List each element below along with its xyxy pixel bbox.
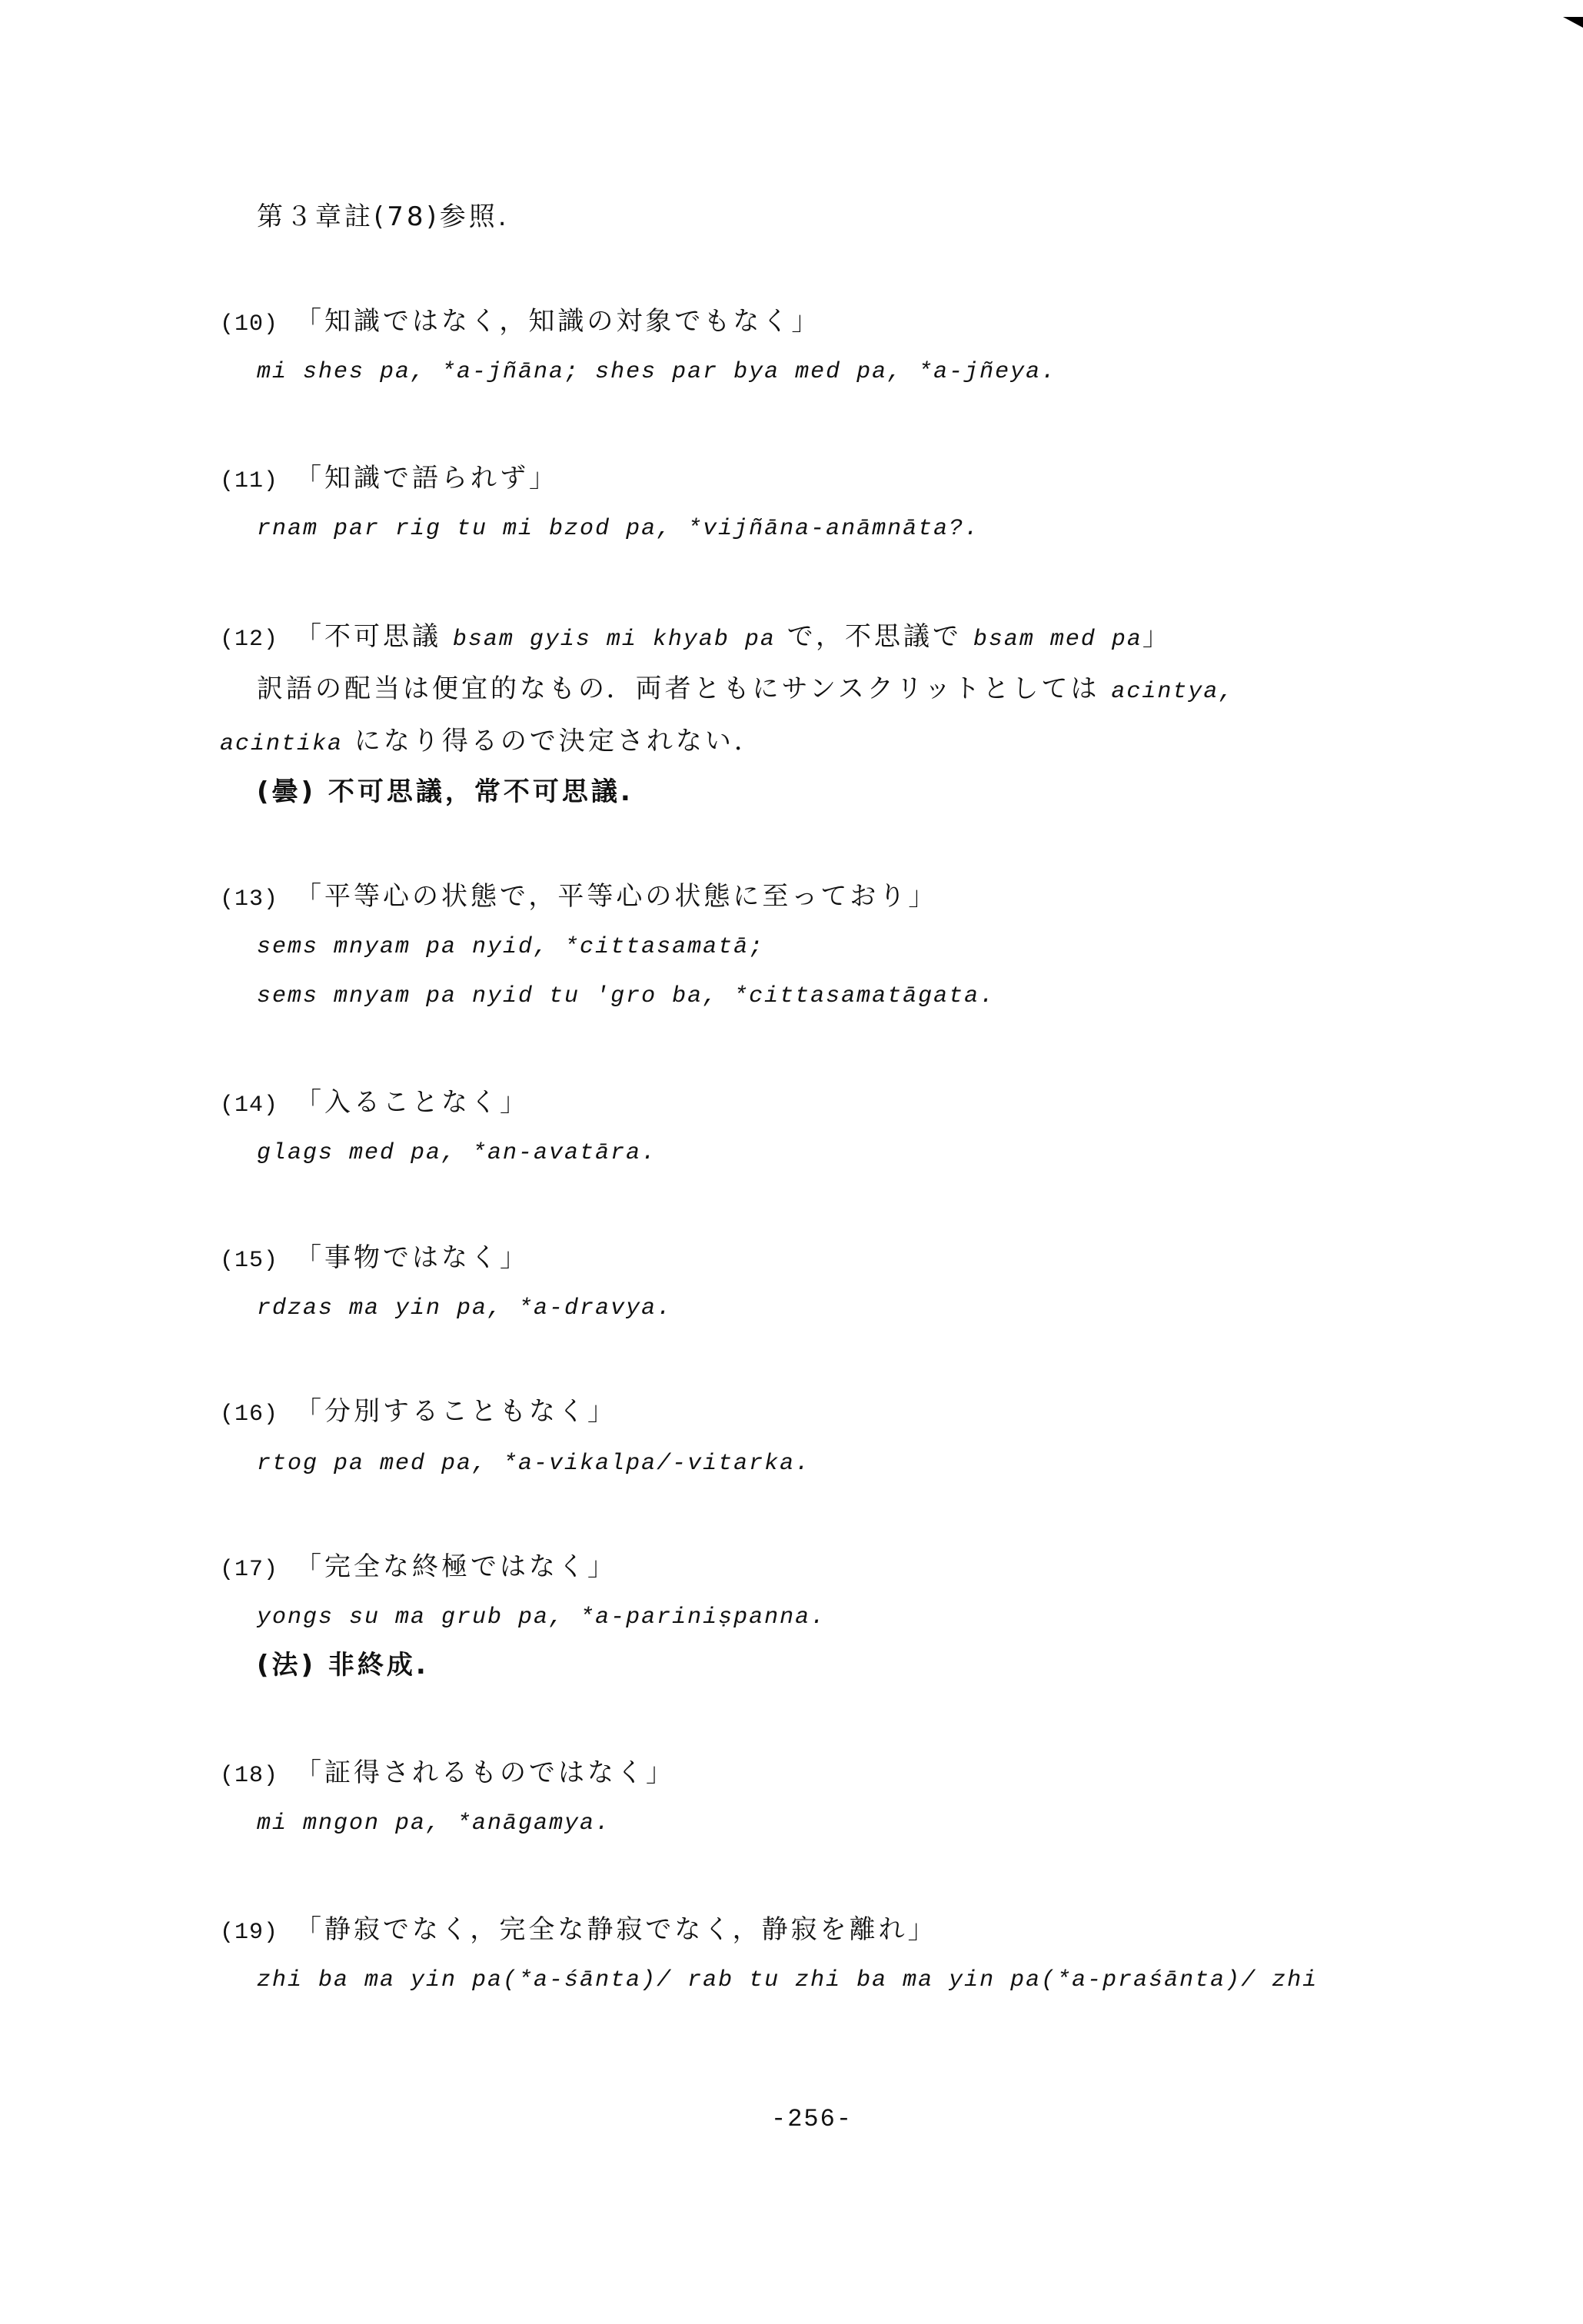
note-heading-text: 「事物ではなく」 (295, 1242, 529, 1273)
note-14-translit: glags med pa, *an-avatāra. (257, 1138, 657, 1169)
note-12-body-line-1: 訳語の配当は便宜的なもの．両者ともにサンスクリットとしては acintya, (257, 673, 1234, 707)
note-16-translit: rtog pa med pa, *a-vikalpa/-vitarka. (257, 1448, 810, 1479)
note-13-translit-2: sems mnyam pa nyid tu 'gro ba, *cittasam… (257, 981, 995, 1012)
note-18-heading: (18)「証得されるものではなく」 (220, 1757, 675, 1791)
note-19-translit: zhi ba ma yin pa(*a-śānta)/ rab tu zhi b… (257, 1965, 1318, 1996)
note-heading-text: 「証得されるものではなく」 (295, 1757, 675, 1788)
note-number: (11) (220, 468, 278, 494)
note-number: (17) (220, 1557, 278, 1583)
note-13-heading: (13)「平等心の状態で，平等心の状態に至っており」 (220, 881, 937, 915)
note-12-source-note: (曇) 不可思議，常不可思議. (257, 776, 634, 807)
note-11-heading: (11)「知識で語られず」 (220, 463, 558, 497)
note-10-heading: (10)「知識ではなく，知識の対象でもなく」 (220, 306, 820, 340)
note-12-body-line-2: acintika になり得るので決定されない． (220, 726, 763, 760)
note-17-heading: (17)「完全な終極ではなく」 (220, 1551, 617, 1585)
note-number: (14) (220, 1092, 278, 1119)
note-heading-text: 「完全な終極ではなく」 (295, 1551, 617, 1582)
note-17-translit: yongs su ma grub pa, *a-pariniṣpanna. (257, 1602, 826, 1633)
note-number: (16) (220, 1401, 278, 1428)
scan-corner-mark (1563, 17, 1583, 28)
note-number: (19) (220, 1920, 278, 1946)
note-15-translit: rdzas ma yin pa, *a-dravya. (257, 1293, 672, 1324)
note-12-heading: (12)「不可思議 bsam gyis mi khyab pa で，不思議で b… (220, 621, 1172, 655)
note-18-translit: mi mngon pa, *anāgamya. (257, 1808, 610, 1839)
note-heading-text: 「分別することもなく」 (295, 1396, 617, 1427)
note-19-heading: (19)「静寂でなく，完全な静寂でなく，静寂を離れ」 (220, 1914, 937, 1948)
continuation-text: 第３章註(78)参照. (257, 201, 510, 232)
note-17-source-note: (法) 非終成. (257, 1650, 429, 1681)
note-number: (13) (220, 886, 278, 913)
note-heading-text: 「知識で語られず」 (295, 463, 558, 494)
note-10-translit: mi shes pa, *a-jñāna; shes par bya med p… (257, 357, 1056, 387)
note-number: (18) (220, 1763, 278, 1789)
note-heading-text: 「静寂でなく，完全な静寂でなく，静寂を離れ」 (295, 1914, 937, 1945)
note-16-heading: (16)「分別することもなく」 (220, 1396, 617, 1430)
note-13-translit-1: sems mnyam pa nyid, *cittasamatā; (257, 932, 764, 963)
note-heading-text: 「知識ではなく，知識の対象でもなく」 (295, 306, 820, 337)
note-14-heading: (14)「入ることなく」 (220, 1087, 529, 1121)
note-number: (15) (220, 1248, 278, 1274)
note-number: (10) (220, 311, 278, 337)
note-number: (12) (220, 627, 278, 653)
note-11-translit: rnam par rig tu mi bzod pa, *vijñāna-anā… (257, 514, 979, 544)
note-heading-text: 「平等心の状態で，平等心の状態に至っており」 (295, 881, 937, 912)
note-15-heading: (15)「事物ではなく」 (220, 1242, 529, 1276)
note-heading-text: 「入ることなく」 (295, 1087, 529, 1118)
page-number: -256- (771, 2105, 853, 2133)
